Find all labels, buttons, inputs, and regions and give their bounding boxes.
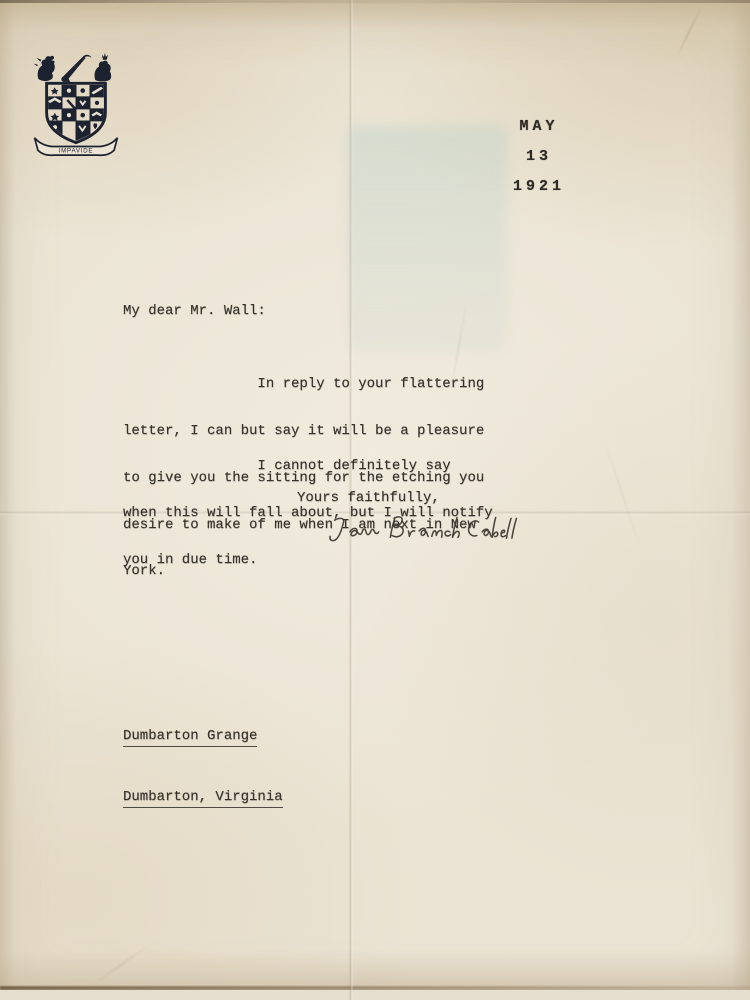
date-stamp: MAY 13 1921 bbox=[494, 112, 584, 202]
paper-wrinkle bbox=[602, 433, 641, 548]
ink-bleed-through bbox=[347, 126, 507, 352]
scythe-arm-icon bbox=[61, 55, 91, 82]
family-crest-emblem: IMPAVIDE bbox=[29, 53, 123, 159]
date-month: MAY bbox=[494, 112, 584, 142]
date-year: 1921 bbox=[494, 172, 584, 202]
paper-wrinkle bbox=[675, 5, 703, 60]
closing-valediction: Yours faithfully, bbox=[297, 491, 440, 507]
shield bbox=[47, 83, 106, 142]
seated-beast-icon bbox=[95, 53, 112, 81]
sender-address-block: Dumbarton Grange Dumbarton, Virginia bbox=[123, 698, 283, 851]
paragraph-line: In reply to your flattering bbox=[123, 377, 484, 393]
crest-motto-text: IMPAVIDE bbox=[59, 147, 94, 154]
paper-wrinkle bbox=[92, 944, 150, 986]
address-line: Dumbarton, Virginia bbox=[123, 790, 283, 808]
paper-top-edge bbox=[0, 0, 750, 3]
paragraph-line: you in due time. bbox=[123, 553, 493, 569]
handwritten-signature bbox=[322, 512, 520, 550]
paper-bottom-margin bbox=[0, 990, 750, 1000]
address-line: Dumbarton Grange bbox=[123, 729, 257, 747]
lion-rampant-icon bbox=[34, 56, 55, 81]
date-day: 13 bbox=[494, 142, 584, 172]
salutation: My dear Mr. Wall: bbox=[123, 304, 266, 320]
scanned-letter-page: IMPAVIDE MAY 13 1921 My dear Mr. Wall: I… bbox=[0, 0, 750, 1000]
paragraph-line: I cannot definitely say bbox=[123, 459, 493, 475]
